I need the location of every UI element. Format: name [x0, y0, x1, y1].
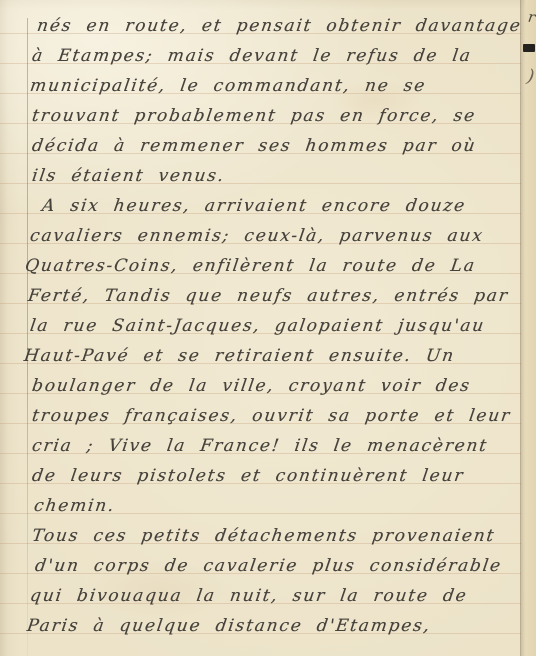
manuscript-line: cavaliers ennemis; ceux-là, parvenus aux	[28, 221, 486, 251]
manuscript-line: Tous ces petits détachements provenaient	[30, 521, 497, 551]
manuscript-line: Quatres-Coins, enfilèrent la route de La	[23, 251, 478, 281]
page-edge-gutter: r )	[520, 0, 536, 656]
adjacent-page-text-fragment: r	[527, 10, 536, 26]
manuscript-page: nés en route, et pensait obtenir davanta…	[0, 0, 536, 656]
manuscript-line: A six heures, arrivaient encore douze	[40, 191, 468, 221]
manuscript-line: d'un corps de cavalerie plus considérabl…	[33, 551, 504, 581]
manuscript-line: décida à remmener ses hommes par où	[30, 131, 478, 161]
manuscript-line: la rue Saint-Jacques, galopaient jusqu'a…	[28, 311, 487, 341]
manuscript-line: boulanger de la ville, croyant voir des	[30, 371, 473, 401]
manuscript-line: de leurs pistolets et continuèrent leur	[30, 461, 466, 491]
manuscript-line: cria ; Vive la France! ils le menacèrent	[30, 431, 490, 461]
manuscript-line: qui bivouaqua la nuit, sur la route de	[28, 581, 470, 611]
manuscript-line: Paris à quelque distance d'Etampes,	[25, 611, 433, 641]
adjacent-page-ink-mark	[523, 44, 535, 52]
adjacent-page-text-fragment: )	[525, 68, 535, 87]
manuscript-line: trouvant probablement pas en force, se	[30, 101, 478, 131]
manuscript-line: Haut-Pavé et se retiraient ensuite. Un	[22, 341, 457, 371]
manuscript-line: municipalité, le commandant, ne se	[28, 71, 428, 101]
manuscript-line: troupes françaises, ouvrit sa porte et l…	[30, 401, 513, 431]
manuscript-line: Ferté, Tandis que neufs autres, entrés p…	[26, 281, 511, 311]
manuscript-line: chemin.	[32, 491, 117, 521]
manuscript-line: ils étaient venus.	[30, 161, 227, 191]
manuscript-line: à Etampes; mais devant le refus de la	[30, 41, 474, 71]
handwritten-text-block: nés en route, et pensait obtenir davanta…	[0, 0, 536, 656]
manuscript-line: nés en route, et pensait obtenir davanta…	[35, 11, 524, 41]
